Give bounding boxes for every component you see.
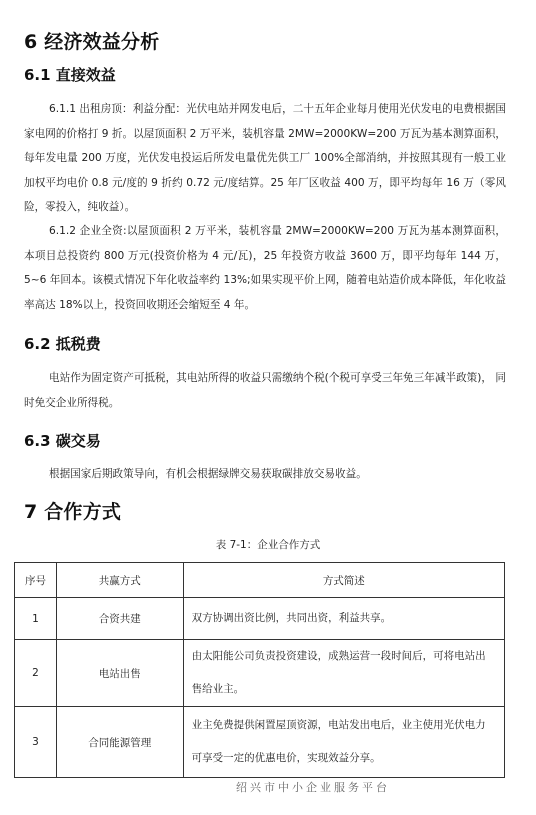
paragraph-6-1-2: 6.1.2 企业全资:以屋顶面积 2 万平米，装机容量 2MW=2000KW=2…	[24, 219, 506, 317]
row-number: 2	[15, 640, 57, 707]
paragraph-6-2: 电站作为固定资产可抵税，其电站所得的收益只需缴纳个税(个税可享受三年免三年减半政…	[24, 366, 506, 415]
row-description: 双方协调出资比例，共同出资，利益共享。	[183, 598, 504, 640]
row-number: 1	[15, 598, 57, 640]
table-row: 2 电站出售 由太阳能公司负责投资建设，成熟运营一段时间后，可将电站出售给业主。	[15, 640, 505, 707]
cooperation-table: 序号 共赢方式 方式简述 1 合资共建 双方协调出资比例，共同出资，利益共享。 …	[14, 562, 505, 778]
footer-watermark: 绍兴市中小企业服务平台	[236, 779, 390, 795]
table-header-row: 序号 共赢方式 方式简述	[15, 563, 505, 598]
row-mode: 合同能源管理	[56, 707, 183, 778]
paragraph-6-3: 根据国家后期政策导向，有机会根据绿牌交易获取碳排放交易收益。	[24, 462, 506, 487]
section-6-2-heading: 6.2 抵税费	[24, 333, 101, 354]
row-mode: 合资共建	[56, 598, 183, 640]
row-description: 由太阳能公司负责投资建设，成熟运营一段时间后，可将电站出售给业主。	[183, 640, 504, 707]
row-description: 业主免费提供闲置屋顶资源，电站发出电后，业主使用光伏电力可享受一定的优惠电价，实…	[183, 707, 504, 778]
section-7-heading: 7 合作方式	[24, 497, 121, 524]
table-caption: 表 7-1：企业合作方式	[0, 537, 536, 552]
section-6-1-heading: 6.1 直接效益	[24, 64, 116, 85]
table-row: 3 合同能源管理 业主免费提供闲置屋顶资源，电站发出电后，业主使用光伏电力可享受…	[15, 707, 505, 778]
header-mode: 共赢方式	[56, 563, 183, 598]
paragraph-6-1-1: 6.1.1 出租房顶：利益分配：光伏电站并网发电后，二十五年企业每月使用光伏发电…	[24, 97, 506, 220]
table-row: 1 合资共建 双方协调出资比例，共同出资，利益共享。	[15, 598, 505, 640]
section-6-heading: 6 经济效益分析	[24, 27, 159, 54]
header-number: 序号	[15, 563, 57, 598]
row-number: 3	[15, 707, 57, 778]
header-description: 方式简述	[183, 563, 504, 598]
row-mode: 电站出售	[56, 640, 183, 707]
section-6-3-heading: 6.3 碳交易	[24, 430, 101, 451]
